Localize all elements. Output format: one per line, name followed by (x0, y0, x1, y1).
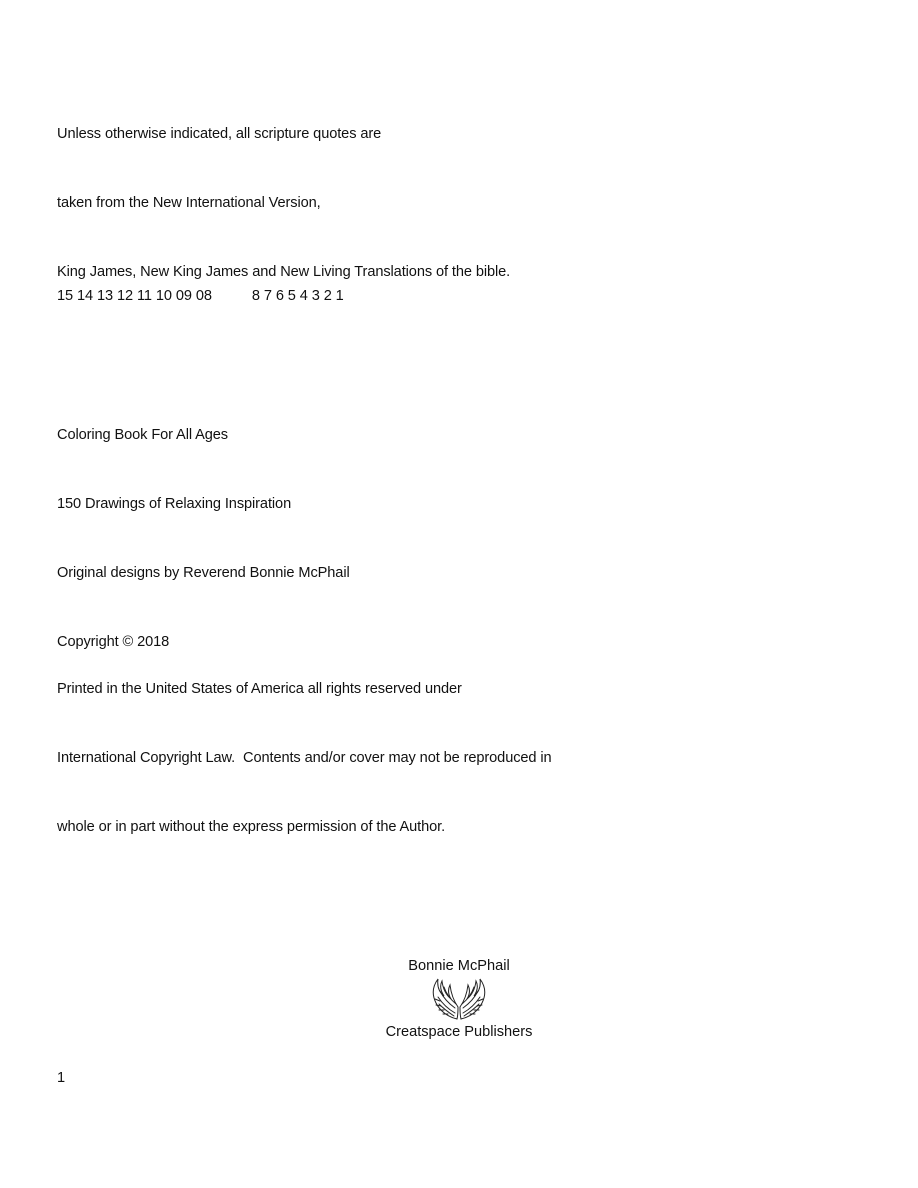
rights-notice-line: Printed in the United States of America … (57, 678, 552, 701)
publisher-name: Creatspace Publishers (359, 1022, 559, 1042)
book-title: Coloring Book For All Ages (57, 424, 350, 447)
page-number: 1 (57, 1068, 65, 1088)
scripture-notice-line: taken from the New International Version… (57, 192, 510, 215)
printing-numbers: 15 14 13 12 11 10 09 088 7 6 5 4 3 2 1 (57, 285, 344, 308)
scripture-notice-line: King James, New King James and New Livin… (57, 261, 510, 284)
rights-notice-line: whole or in part without the express per… (57, 816, 552, 839)
printing-years: 15 14 13 12 11 10 09 08 (57, 288, 212, 304)
angel-wings-icon (428, 977, 490, 1021)
book-subtitle: 150 Drawings of Relaxing Inspiration (57, 493, 350, 516)
scripture-notice-line: Unless otherwise indicated, all scriptur… (57, 123, 510, 146)
rights-notice: Printed in the United States of America … (57, 632, 552, 885)
rights-notice-line: International Copyright Law. Contents an… (57, 747, 552, 770)
copyright-page: Unless otherwise indicated, all scriptur… (0, 0, 918, 1188)
printing-impressions: 8 7 6 5 4 3 2 1 (252, 288, 344, 304)
book-designer: Original designs by Reverend Bonnie McPh… (57, 562, 350, 585)
publisher-author: Bonnie McPhail (359, 956, 559, 976)
